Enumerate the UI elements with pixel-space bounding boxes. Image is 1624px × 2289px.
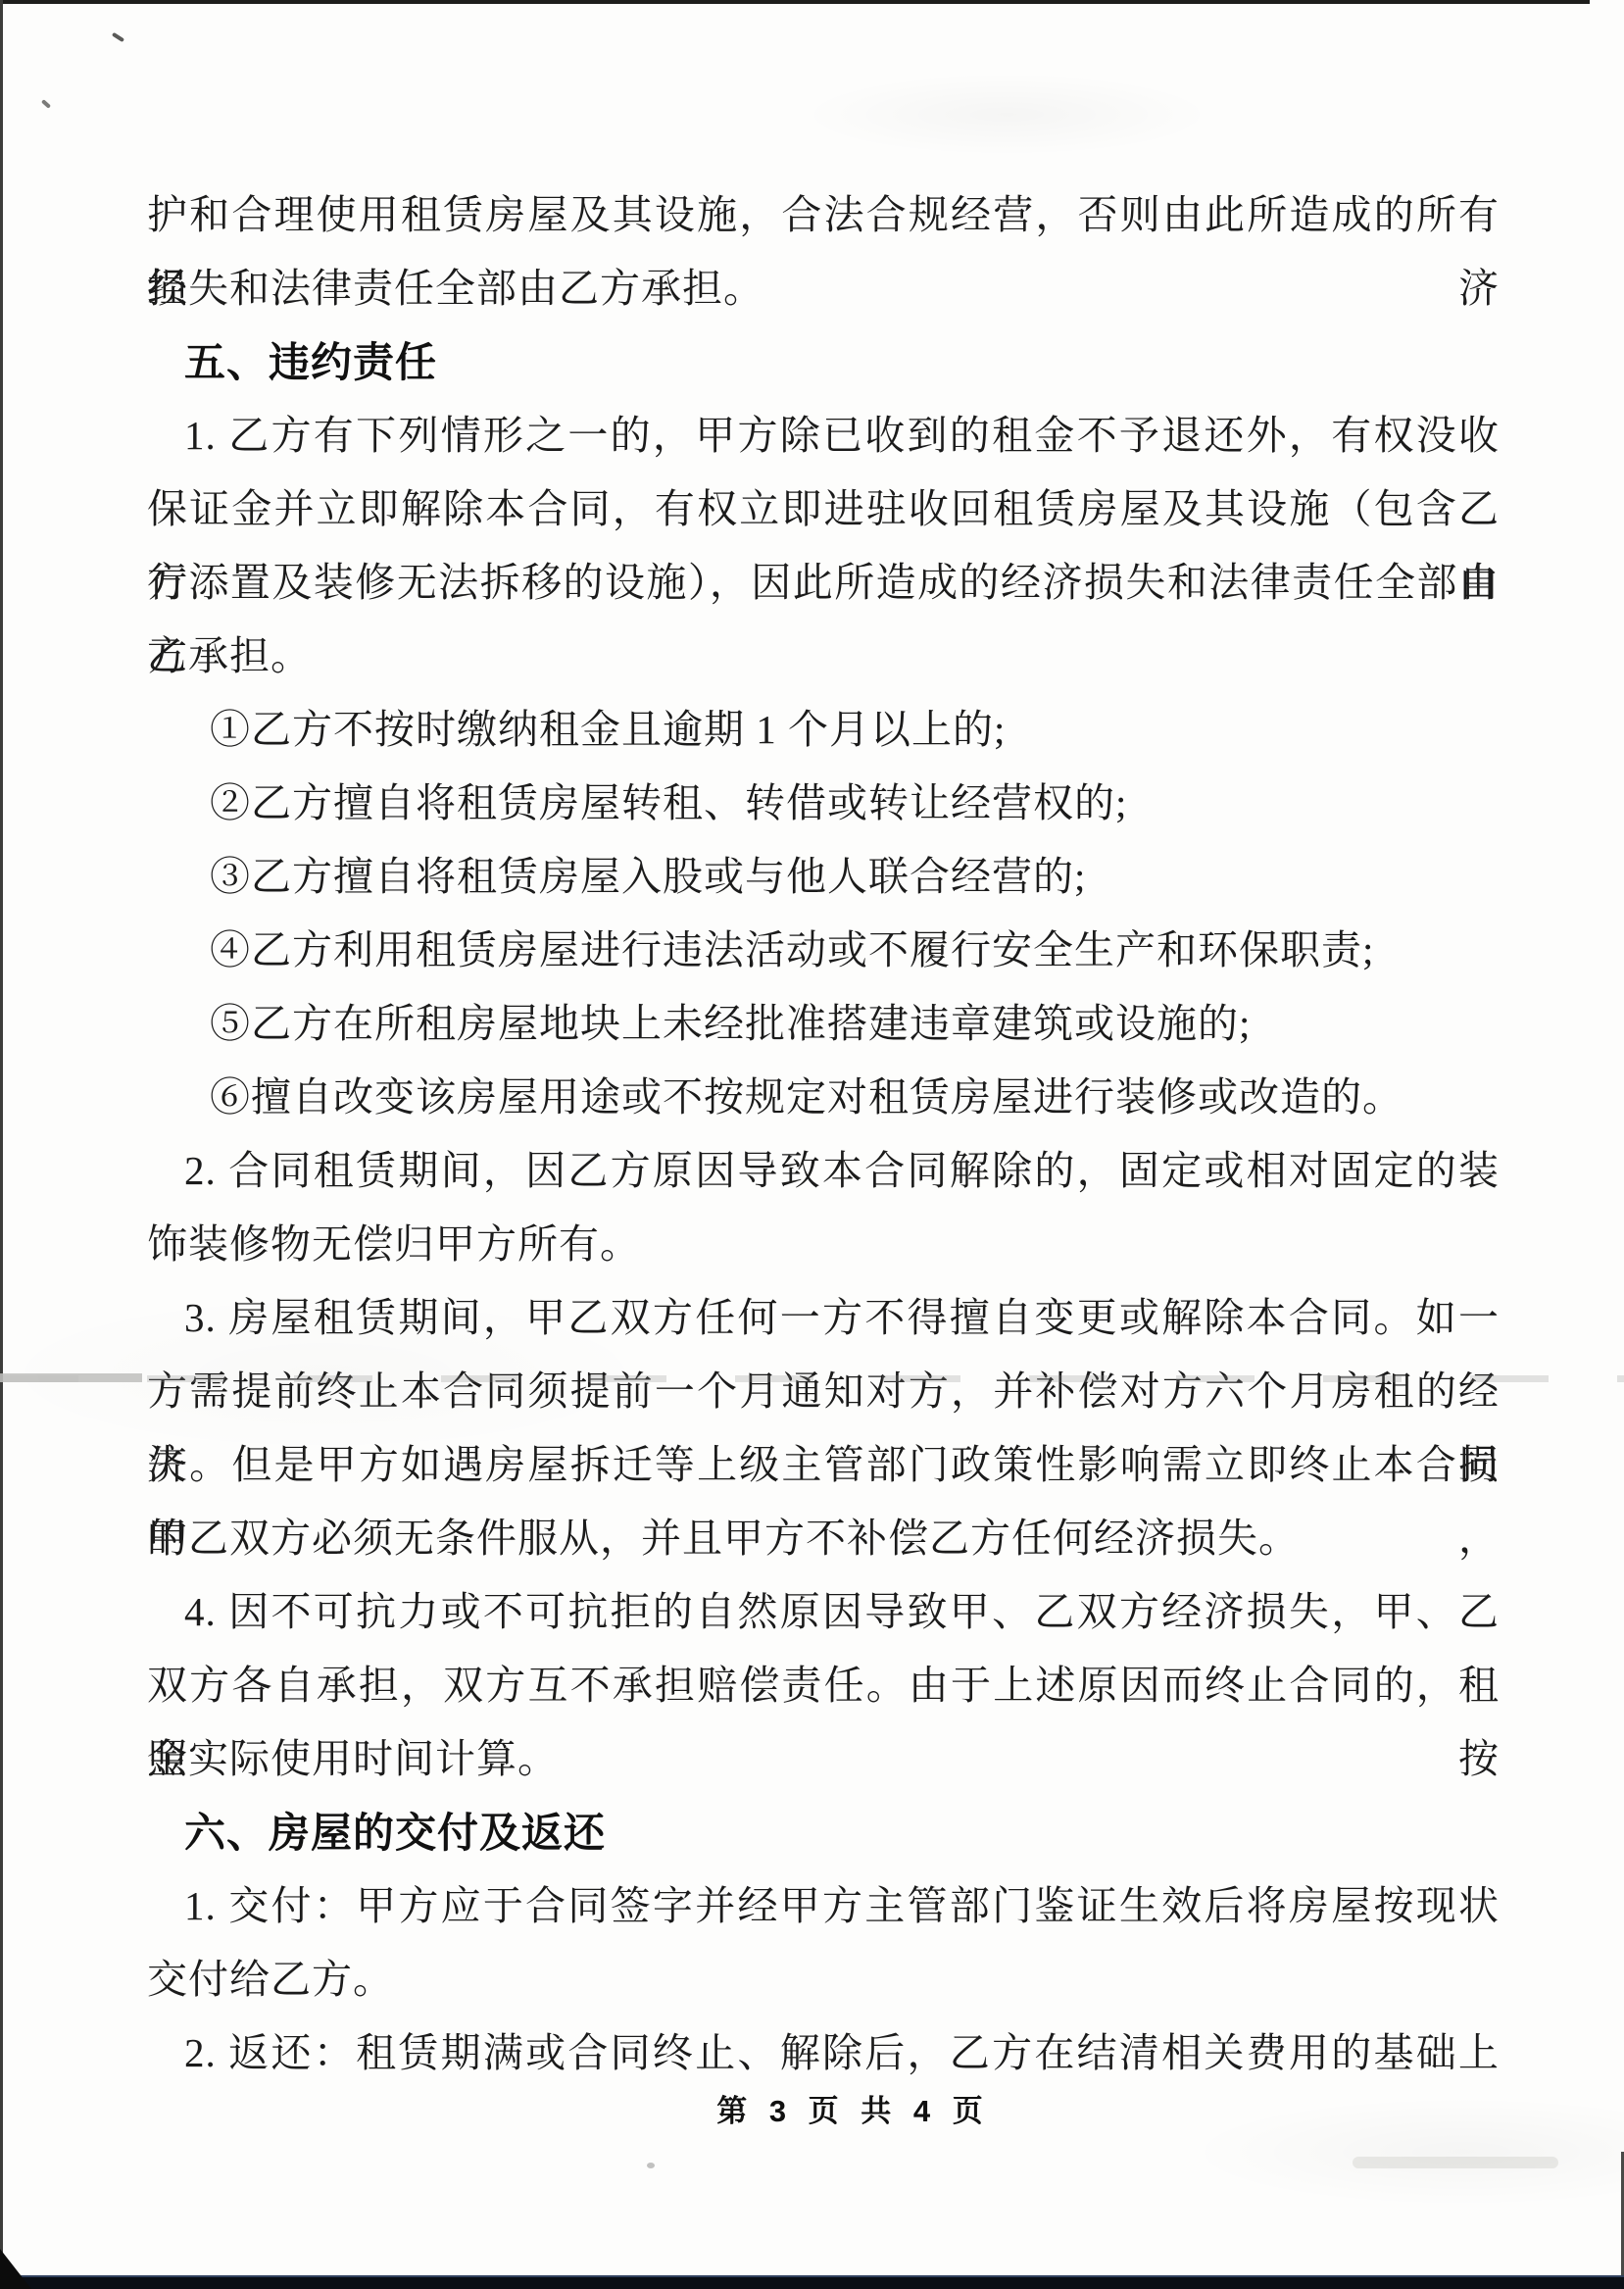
text-line: 保证金并立即解除本合同，有权立即进驻收回租赁房屋及其设施（包含乙方自 bbox=[147, 473, 1500, 546]
text-line: 行添置及装修无法拆移的设施），因此所造成的经济损失和法律责任全部由乙 bbox=[147, 546, 1500, 620]
scan-streak bbox=[0, 1375, 1624, 1382]
text-line: 4. 因不可抗力或不可抗拒的自然原因导致甲、乙双方经济损失，甲、乙 bbox=[147, 1575, 1500, 1649]
text-line: ④乙方利用租赁房屋进行违法活动或不履行安全生产和环保职责; bbox=[147, 914, 1500, 987]
scan-edge-top bbox=[0, 0, 1590, 4]
scan-streak-left bbox=[0, 1373, 142, 1382]
text-line: 甲乙双方必须无条件服从，并且甲方不补偿乙方任何经济损失。 bbox=[147, 1502, 1500, 1575]
text-line: 2. 返还：租赁期满或合同终止、解除后，乙方在结清相关费用的基础上 bbox=[147, 2016, 1500, 2090]
text-line: 护和合理使用租赁房屋及其设施，合法合规经营，否则由此所造成的所有经济 bbox=[147, 178, 1500, 252]
text-line: ③乙方擅自将租赁房屋入股或与他人联合经营的; bbox=[147, 840, 1500, 914]
scan-corner-fold bbox=[0, 2249, 31, 2289]
section-heading: 五、违约责任 bbox=[147, 325, 1500, 399]
text-line: ⑤乙方在所租房屋地块上未经批准搭建违章建筑或设施的; bbox=[147, 987, 1500, 1061]
scan-speck bbox=[41, 99, 51, 109]
text-line: ②乙方擅自将租赁房屋转租、转借或转让经营权的; bbox=[147, 767, 1500, 840]
text-line: 方需提前终止本合同须提前一个月通知对方，并补偿对方六个月房租的经济损 bbox=[147, 1355, 1500, 1428]
text-line: 1. 交付：甲方应于合同签字并经甲方主管部门鉴证生效后将房屋按现状 bbox=[147, 1869, 1500, 1943]
text-line: 失。但是甲方如遇房屋拆迁等上级主管部门政策性影响需立即终止本合同的， bbox=[147, 1428, 1500, 1502]
text-line: ⑥擅自改变该房屋用途或不按规定对租赁房屋进行装修或改造的。 bbox=[147, 1061, 1500, 1134]
text-line: 交付给乙方。 bbox=[147, 1943, 1500, 2016]
scan-edge-bottom bbox=[0, 2275, 1624, 2289]
section-heading: 六、房屋的交付及返还 bbox=[147, 1796, 1500, 1869]
scan-speck bbox=[647, 2163, 655, 2168]
scan-edge-left bbox=[0, 0, 3, 2289]
scan-smudge bbox=[1353, 2157, 1558, 2168]
text-line: 1. 乙方有下列情形之一的，甲方除已收到的租金不予退还外，有权没收 bbox=[147, 399, 1500, 473]
text-line: 3. 房屋租赁期间，甲乙双方任何一方不得擅自变更或解除本合同。如一 bbox=[147, 1281, 1500, 1355]
text-line: 2. 合同租赁期间，因乙方原因导致本合同解除的，固定或相对固定的装 bbox=[147, 1134, 1500, 1208]
text-line: ①乙方不按时缴纳租金且逾期 1 个月以上的; bbox=[147, 693, 1500, 767]
contract-text: 护和合理使用租赁房屋及其设施，合法合规经营，否则由此所造成的所有经济损失和法律责… bbox=[147, 178, 1500, 2090]
text-line: 方承担。 bbox=[147, 620, 1500, 693]
text-line: 饰装修物无偿归甲方所有。 bbox=[147, 1208, 1500, 1281]
scanned-contract-page: 护和合理使用租赁房屋及其设施，合法合规经营，否则由此所造成的所有经济损失和法律责… bbox=[0, 0, 1624, 2289]
scan-speck bbox=[112, 32, 124, 42]
text-line: 双方各自承担，双方互不承担赔偿责任。由于上述原因而终止合同的，租金按 bbox=[147, 1649, 1500, 1722]
page-footer: 第 3 页 共 4 页 bbox=[41, 2086, 1624, 2130]
